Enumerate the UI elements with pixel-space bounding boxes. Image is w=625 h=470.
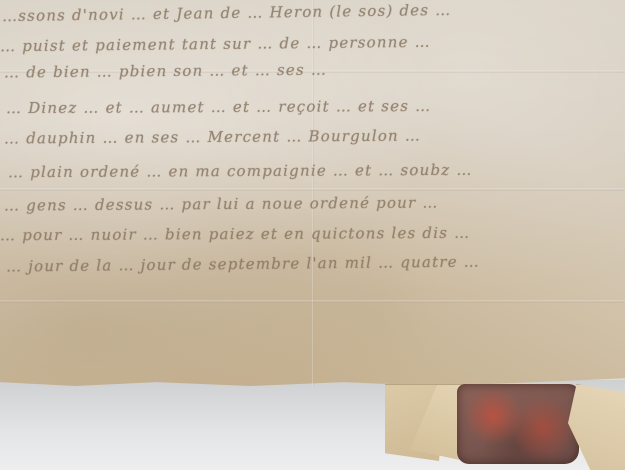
- text-line: … Dinez … et … aumet … et … reçoit … et …: [6, 97, 431, 117]
- horizontal-crease: [0, 300, 625, 303]
- text-line: … pour … nuoir … bien paiez et en quicto…: [0, 224, 470, 244]
- horizontal-crease: [0, 188, 625, 191]
- text-line: … de bien … pbien son … et … ses …: [4, 61, 327, 82]
- vertical-fold-line: [312, 0, 314, 386]
- text-line: … plain ordené … en ma compaignie … et ……: [8, 161, 473, 181]
- text-line: … gens … dessus … par lui a noue ordené …: [4, 193, 439, 214]
- text-line: … dauphin … en ses … Mercent … Bourgulon…: [4, 127, 421, 148]
- wax-seal: [457, 384, 579, 464]
